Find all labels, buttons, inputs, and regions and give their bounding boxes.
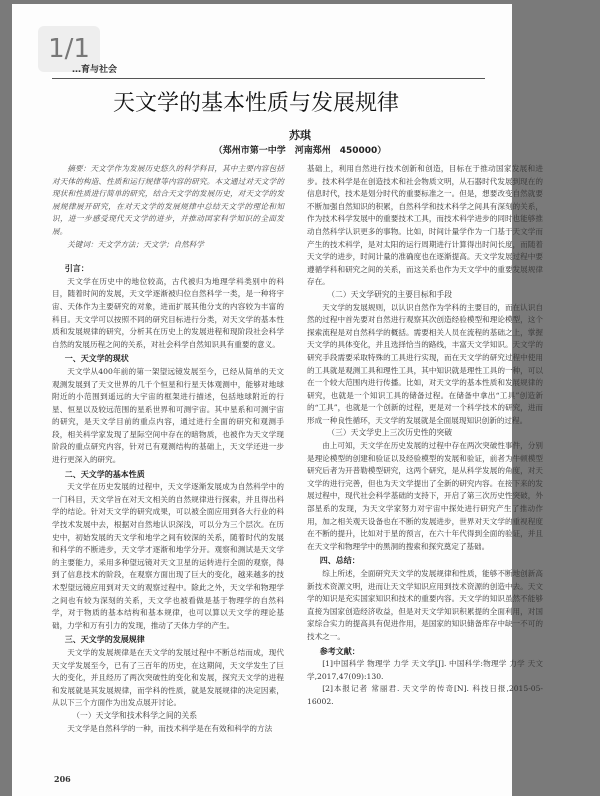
running-head: …育与社会	[72, 62, 117, 75]
article-affiliation: （郑州市第一中学 河南郑州 450000）	[0, 143, 600, 156]
paragraph: 天文学从400年前的第一架望远镜发展至今，已经从简单的天文观测发展到了天文世界的…	[52, 366, 284, 467]
paragraph: 天文学在历史发展的过程中，天文学逐渐发展成为自然科学中的一门科目，天文学旨在对天…	[52, 481, 284, 632]
paragraph: 天文学是自然科学的一种，而技术科学是在有效和科学的方法	[52, 723, 284, 736]
reference-item: [2]本报记者 常丽君. 天文学的传奇[N]. 科技日报,2015-05-160…	[307, 683, 543, 708]
paragraph: 由上可知，天文学在历史发展的过程中存在两次突破性事件，分别是理论模型的创建和验证…	[307, 440, 543, 553]
article-title: 天文学的基本性质与发展规律	[0, 86, 512, 117]
subsection-heading-3-1: （一）天文学和技术科学之间的关系	[52, 710, 284, 723]
section-heading-1: 一、天文学的现状	[52, 353, 284, 366]
paragraph: 天文学的发展规律是在天文学的发展过程中不断总结而成，现代天文学发展至今，已有了三…	[52, 647, 284, 710]
article-author: 苏琪	[0, 127, 600, 143]
abstract: 摘要：天文学作为发展历史悠久的科学科目，其中主要内容包括对天体的构造、性质和运行…	[52, 163, 284, 239]
reference-item: [1]中国科学 物理学 力学 天文学[J]. 中国科学:物理学 力学 天文学,2…	[307, 658, 543, 683]
subsection-heading-3-3: （三）天文学史上三次历史性的突破	[307, 427, 543, 440]
references-heading: 参考文献：	[307, 646, 543, 659]
section-heading-2: 二、天文学的基本性质	[52, 469, 284, 482]
section-heading-intro: 引言：	[52, 263, 284, 276]
paragraph: 综上所述，全面研究天文学的发展规律和性质，能够不断地创新高新技术资源文明，进而让…	[307, 568, 543, 644]
left-column: 摘要：天文学作为发展历史悠久的科学科目，其中主要内容包括对天体的构造、性质和运行…	[52, 163, 284, 735]
header-rule	[52, 78, 485, 79]
paragraph: 基础上，利用自然进行技术创新和创造，目标在于推动国家发展和进步。技术科学是在创造…	[307, 163, 543, 289]
paragraph: 天文学在历史中的地位较高，古代被归为地理学科类别中的科目，随着时间的发展，天文学…	[52, 276, 284, 352]
subsection-heading-3-2: （二）天文学研究的主要目标和手段	[307, 289, 543, 302]
page-number: 206	[54, 774, 71, 784]
keywords: 关键词：天文学方法；天文学；自然科学	[52, 239, 284, 252]
paragraph: 天文学的发展规则，以认识自然作为学科的主要目的，而在认识自然的过程中首先要对自然…	[307, 302, 543, 428]
section-heading-4: 四、总结：	[307, 555, 543, 568]
right-column: 基础上，利用自然进行技术创新和创造，目标在于推动国家发展和进步。技术科学是在创造…	[307, 163, 543, 709]
section-heading-3: 三、天文学的发展规律	[52, 634, 284, 647]
